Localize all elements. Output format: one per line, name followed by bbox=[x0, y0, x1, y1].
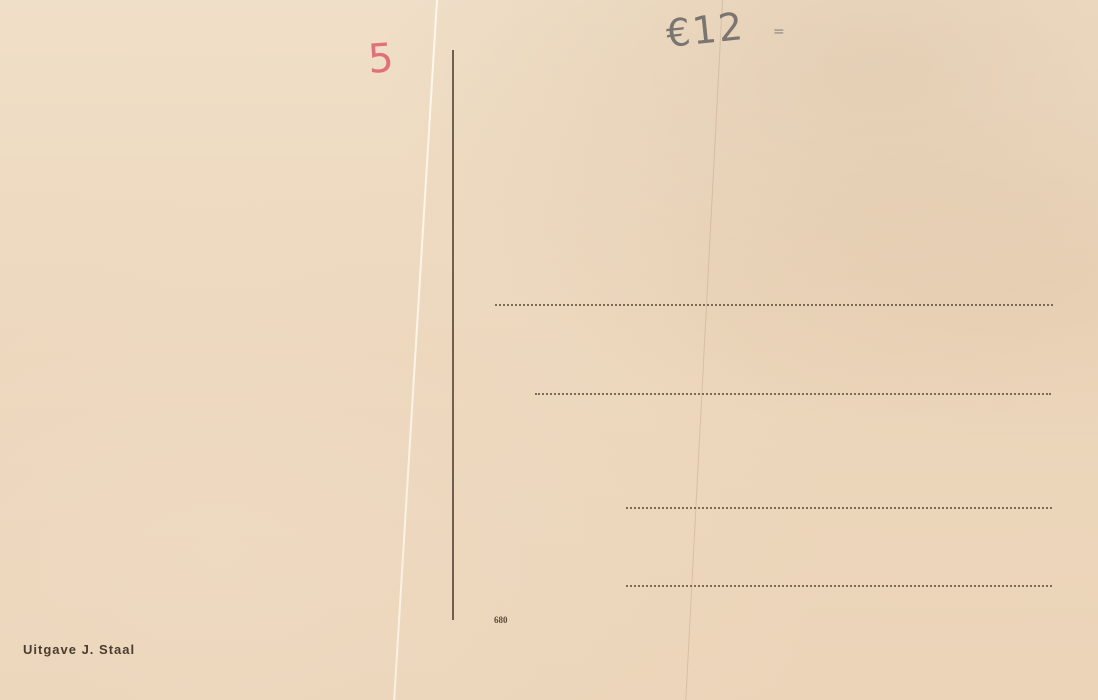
address-line-1 bbox=[495, 304, 1053, 306]
handwritten-price-mark: = bbox=[773, 24, 785, 40]
paper-crease bbox=[393, 0, 438, 700]
handwritten-red-number: 5 bbox=[366, 35, 395, 83]
address-line-4 bbox=[626, 585, 1052, 587]
card-number: 680 bbox=[494, 615, 508, 625]
postcard-back: 5 €12 = 680 Uitgave J. Staal bbox=[0, 0, 1098, 700]
publisher-imprint: Uitgave J. Staal bbox=[23, 642, 135, 657]
handwritten-price: €12 bbox=[664, 4, 747, 56]
address-line-2 bbox=[535, 393, 1051, 395]
address-line-3 bbox=[626, 507, 1052, 509]
paper-crease bbox=[685, 0, 723, 700]
message-address-divider bbox=[452, 50, 454, 620]
